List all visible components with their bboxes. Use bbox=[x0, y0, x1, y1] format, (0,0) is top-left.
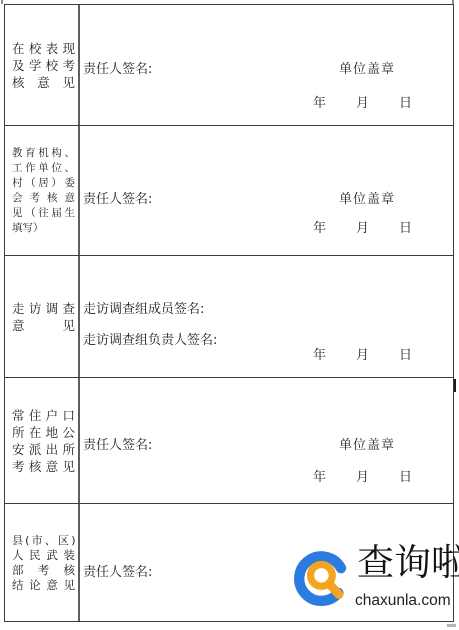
day-label: 日 bbox=[399, 221, 412, 236]
label-line: 走访调查 bbox=[12, 300, 75, 317]
row-content: 责任人签名: 单位盖章 年月日 bbox=[80, 126, 453, 255]
year-label: 年 bbox=[313, 221, 326, 236]
label-line: 教育机构、 bbox=[12, 146, 75, 161]
chaxunla-watermark: 查询啦 chaxunla.com bbox=[80, 504, 453, 621]
label-line: 安派出所 bbox=[12, 441, 75, 458]
table-row-police-station-assessment: 常住户口 所在地公 安派出所 考核意见 责任人签名: 单位盖章 年月日 bbox=[5, 378, 453, 504]
table-row-visit-investigation: 走访调查 意见 走访调查组成员签名: 走访调查组负责人签名: 年月日 bbox=[5, 256, 453, 378]
row-label-education-org-assessment: 教育机构、 工作单位、 村（居）委 会考核意 见（往届生 填写） bbox=[5, 126, 80, 255]
table-row-education-org-assessment: 教育机构、 工作单位、 村（居）委 会考核意 见（往届生 填写） 责任人签名: … bbox=[5, 126, 453, 256]
year-label: 年 bbox=[313, 470, 326, 485]
label-line: 见（往届生 bbox=[12, 206, 75, 221]
watermark-brand-text: 查询啦 bbox=[357, 540, 459, 586]
row-label-school-assessment: 在校表现 及学校考 核意见 bbox=[5, 5, 80, 125]
scan-corner-mark bbox=[447, 624, 456, 627]
year-label: 年 bbox=[313, 348, 326, 363]
label-line: 村（居）委 bbox=[12, 176, 75, 191]
label-line: 会考核意 bbox=[12, 191, 75, 206]
label-line: 填写） bbox=[12, 221, 75, 236]
date-line: 年月日 bbox=[313, 470, 412, 486]
table-row-school-assessment: 在校表现 及学校考 核意见 责任人签名: 单位盖章 年月日 bbox=[5, 5, 453, 126]
unit-stamp-label: 单位盖章 bbox=[339, 192, 395, 208]
label-line: 及学校考 bbox=[12, 57, 75, 74]
day-label: 日 bbox=[399, 96, 412, 111]
row-content: 走访调查组成员签名: 走访调查组负责人签名: 年月日 bbox=[80, 256, 453, 377]
month-label: 月 bbox=[356, 221, 369, 236]
month-label: 月 bbox=[356, 470, 369, 485]
label-line: 核意见 bbox=[12, 74, 75, 91]
date-line: 年月日 bbox=[313, 96, 412, 112]
label-line: 工作单位、 bbox=[12, 161, 75, 176]
day-label: 日 bbox=[399, 348, 412, 363]
row-content: 责任人签名: 查询啦 chaxunla.com bbox=[80, 504, 453, 621]
month-label: 月 bbox=[356, 96, 369, 111]
date-line: 年月日 bbox=[313, 348, 412, 364]
row-content: 责任人签名: 单位盖章 年月日 bbox=[80, 378, 453, 503]
label-line: 所在地公 bbox=[12, 424, 75, 441]
assessment-opinions-table: 在校表现 及学校考 核意见 责任人签名: 单位盖章 年月日 教育机构、 工作单位… bbox=[4, 4, 454, 622]
row-content: 责任人签名: 单位盖章 年月日 bbox=[80, 5, 453, 125]
form-page: 在校表现 及学校考 核意见 责任人签名: 单位盖章 年月日 教育机构、 工作单位… bbox=[0, 0, 459, 630]
label-line: 部考核 bbox=[12, 563, 75, 578]
date-line: 年月日 bbox=[313, 221, 412, 237]
row-label-visit-investigation: 走访调查 意见 bbox=[5, 256, 80, 377]
label-line: 人民武装 bbox=[12, 548, 75, 563]
watermark-domain-text: chaxunla.com bbox=[355, 592, 451, 610]
scan-corner-mark bbox=[1, 0, 3, 4]
unit-stamp-label: 单位盖章 bbox=[339, 438, 395, 454]
unit-stamp-label: 单位盖章 bbox=[339, 62, 395, 78]
responsible-person-signature-label: 责任人签名: bbox=[83, 62, 152, 78]
label-line: 结论意见 bbox=[12, 578, 75, 593]
table-row-armed-forces-dept-conclusion: 县(市、区) 人民武装 部考核 结论意见 责任人签名: 查询啦 bbox=[5, 504, 453, 621]
label-line: 在校表现 bbox=[12, 40, 75, 57]
responsible-person-signature-label: 责任人签名: bbox=[83, 565, 152, 581]
label-line: 考核意见 bbox=[12, 458, 75, 475]
month-label: 月 bbox=[356, 348, 369, 363]
label-line: 县(市、区) bbox=[12, 533, 75, 548]
investigation-member-signature-label: 走访调查组成员签名: bbox=[83, 302, 204, 318]
row-label-armed-forces-dept: 县(市、区) 人民武装 部考核 结论意见 bbox=[5, 504, 80, 621]
responsible-person-signature-label: 责任人签名: bbox=[83, 438, 152, 454]
row-label-police-station-assessment: 常住户口 所在地公 安派出所 考核意见 bbox=[5, 378, 80, 503]
label-line: 意见 bbox=[12, 317, 75, 334]
investigation-leader-signature-label: 走访调查组负责人签名: bbox=[83, 333, 217, 349]
label-line: 常住户口 bbox=[12, 407, 75, 424]
responsible-person-signature-label: 责任人签名: bbox=[83, 192, 152, 208]
magnifier-logo-icon bbox=[294, 548, 356, 610]
day-label: 日 bbox=[399, 470, 412, 485]
year-label: 年 bbox=[313, 96, 326, 111]
